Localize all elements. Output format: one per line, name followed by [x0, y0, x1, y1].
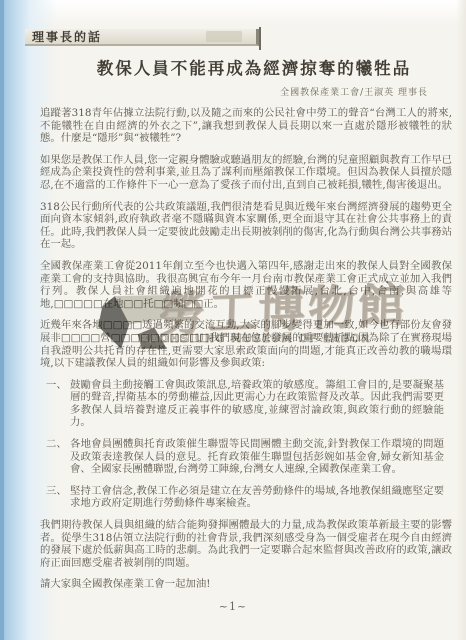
- scanned-document-page: 理事長的話 教保人員不能再成為經濟掠奪的犧牲品 全國教保產業工會/王淑英 理事長…: [0, 0, 466, 640]
- closing-paragraph: 我們期待教保人員與組織的結合能夠發揮團體最大的力量,成為教保政策革新最主要的影響…: [40, 519, 452, 569]
- list-item-1-text: 鼓勵會員主動接觸工會與政策訊息,培養政策的敏感度。籌組工會目的,是要凝聚基層的聲…: [70, 379, 444, 429]
- scan-smudge: [206, 31, 242, 42]
- list-item-3-text: 堅持工會信念,教保工作必須是建立在友善勞動條件的場域,各地教保組織應堅定要求地方…: [70, 485, 444, 510]
- list-item-3: 三、 堅持工會信念,教保工作必須是建立在友善勞動條件的場域,各地教保組織應堅定要…: [46, 485, 444, 510]
- section-tab-label: 理事長的話: [25, 31, 102, 43]
- book-spine-edge: [0, 0, 4, 640]
- paragraph-5: 近幾年來各地□□□□透過頻繁的交流互動,大家的腳步變得更加一致,如今也有部份友會…: [40, 319, 452, 369]
- article-body: 追蹤著318青年佔據立法院行動,以及隨之而來的公民社會中勞工的聲音“台灣工人的將…: [40, 107, 452, 607]
- article-title: 教保人員不能再成為經濟掠奪的犧牲品: [58, 55, 450, 79]
- page-number: ~1~: [0, 600, 466, 613]
- cheer-line: 請大家與全國教保產業工會一起加油!: [40, 578, 452, 591]
- scan-right-shade: [456, 0, 466, 640]
- section-tab-shadow: [259, 27, 261, 50]
- paragraph-4: 全國教保產業工會從2011年創立至今也快邁入第四年,感謝走出來的教保人員對全國教…: [40, 260, 452, 310]
- list-item-2-text: 各地會員團體與托育政策催生聯盟等民間團體主動交流,針對教保工作環境的問題及政策表…: [70, 438, 444, 476]
- paragraph-2: 如果您是教保工作人員,您一定親身體驗或聽過朋友的經驗,台灣的兒童照顧與教育工作早…: [40, 154, 452, 192]
- scan-top-margin: [0, 0, 466, 26]
- paragraph-3: 318公民行動所代表的公共政策議題,我們很清楚看見與近幾年來台灣經濟發展的趨勢更…: [40, 201, 452, 251]
- list-item-1-number: 一、: [46, 379, 70, 429]
- section-tab: 理事長的話: [25, 29, 259, 46]
- list-item-1: 一、 鼓勵會員主動接觸工會與政策訊息,培養政策的敏感度。籌組工會目的,是要凝聚基…: [46, 379, 444, 429]
- list-item-3-number: 三、: [46, 485, 70, 510]
- article-byline: 全國教保產業工會/王淑英 理事長: [280, 85, 428, 98]
- paragraph-1: 追蹤著318青年佔據立法院行動,以及隨之而來的公民社會中勞工的聲音“台灣工人的將…: [40, 107, 452, 145]
- list-item-2-number: 二、: [46, 438, 70, 476]
- list-item-2: 二、 各地會員團體與托育政策催生聯盟等民間團體主動交流,針對教保工作環境的問題及…: [46, 438, 444, 476]
